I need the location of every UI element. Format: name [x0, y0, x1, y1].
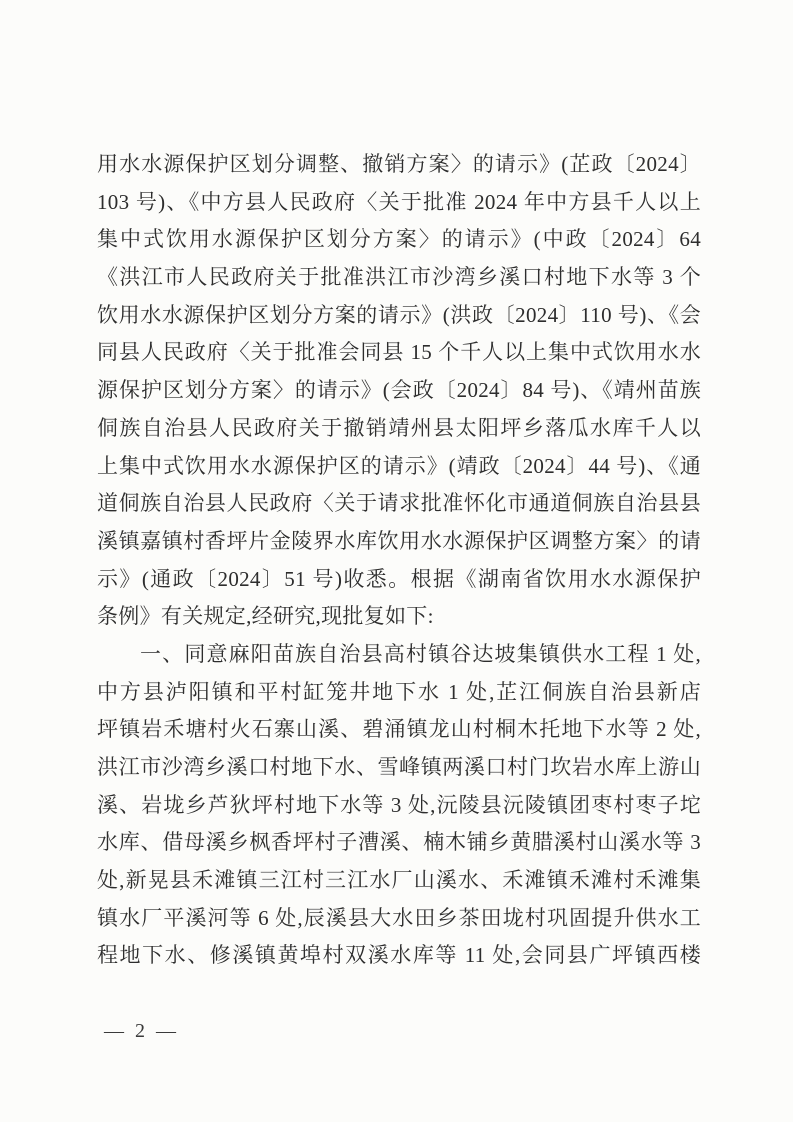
- text-line: 上集中式饮用水水源保护区的请示》(靖政〔2024〕44 号)、《通: [97, 448, 701, 486]
- document-page: 用水水源保护区划分调整、撤销方案〉的请示》(芷政〔2024〕 103 号)、《中…: [0, 0, 793, 1122]
- text-line: 程地下水、修溪镇黄埠村双溪水库等 11 处,会同县广坪镇西楼: [97, 937, 701, 975]
- page-number: — 2 —: [104, 1020, 179, 1043]
- text-line: 侗族自治县人民政府关于撤销靖州县太阳坪乡落瓜水库千人以: [97, 410, 701, 448]
- text-line: 溪、岩垅乡芦狄坪村地下水等 3 处,沅陵县沅陵镇团枣村枣子坨: [97, 787, 701, 825]
- text-line: 饮用水水源保护区划分方案的请示》(洪政〔2024〕110 号)、《会: [97, 297, 701, 335]
- text-line: 水库、借母溪乡枫香坪村子漕溪、楠木铺乡黄腊溪村山溪水等 3: [97, 824, 701, 862]
- text-line: 同县人民政府〈关于批准会同县 15 个千人以上集中式饮用水水: [97, 334, 701, 372]
- text-line: 坪镇岩禾塘村火石寨山溪、碧涌镇龙山村桐木托地下水等 2 处,: [97, 711, 701, 749]
- text-line: 溪镇嘉镇村香坪片金陵界水库饮用水水源保护区调整方案〉的请: [97, 523, 701, 561]
- text-line: 用水水源保护区划分调整、撤销方案〉的请示》(芷政〔2024〕: [97, 146, 701, 184]
- text-line: 镇水厂平溪河等 6 处,辰溪县大水田乡茶田垅村巩固提升供水工: [97, 900, 701, 938]
- text-line-paragraph-start: 一、同意麻阳苗族自治县高村镇谷达坡集镇供水工程 1 处,: [97, 636, 701, 674]
- text-line: 中方县泸阳镇和平村缸笼井地下水 1 处,芷江侗族自治县新店: [97, 674, 701, 712]
- text-line: 条例》有关规定,经研究,现批复如下:: [97, 598, 701, 636]
- text-line: 处,新晃县禾滩镇三江村三江水厂山溪水、禾滩镇禾滩村禾滩集: [97, 862, 701, 900]
- text-line: 道侗族自治县人民政府〈关于请求批准怀化市通道侗族自治县县: [97, 485, 701, 523]
- text-line: 源保护区划分方案〉的请示》(会政〔2024〕84 号)、《靖州苗族: [97, 372, 701, 410]
- text-line: 洪江市沙湾乡溪口村地下水、雪峰镇两溪口村门坎岩水库上游山: [97, 749, 701, 787]
- text-line: 示》(通政〔2024〕51 号)收悉。根据《湖南省饮用水水源保护: [97, 561, 701, 599]
- document-body: 用水水源保护区划分调整、撤销方案〉的请示》(芷政〔2024〕 103 号)、《中…: [97, 146, 701, 975]
- text-line: 《洪江市人民政府关于批准洪江市沙湾乡溪口村地下水等 3 个: [97, 259, 701, 297]
- text-line: 103 号)、《中方县人民政府〈关于批准 2024 年中方县千人以上: [97, 184, 701, 222]
- text-line: 集中式饮用水源保护区划分方案〉的请示》(中政〔2024〕64 号)、: [97, 221, 701, 259]
